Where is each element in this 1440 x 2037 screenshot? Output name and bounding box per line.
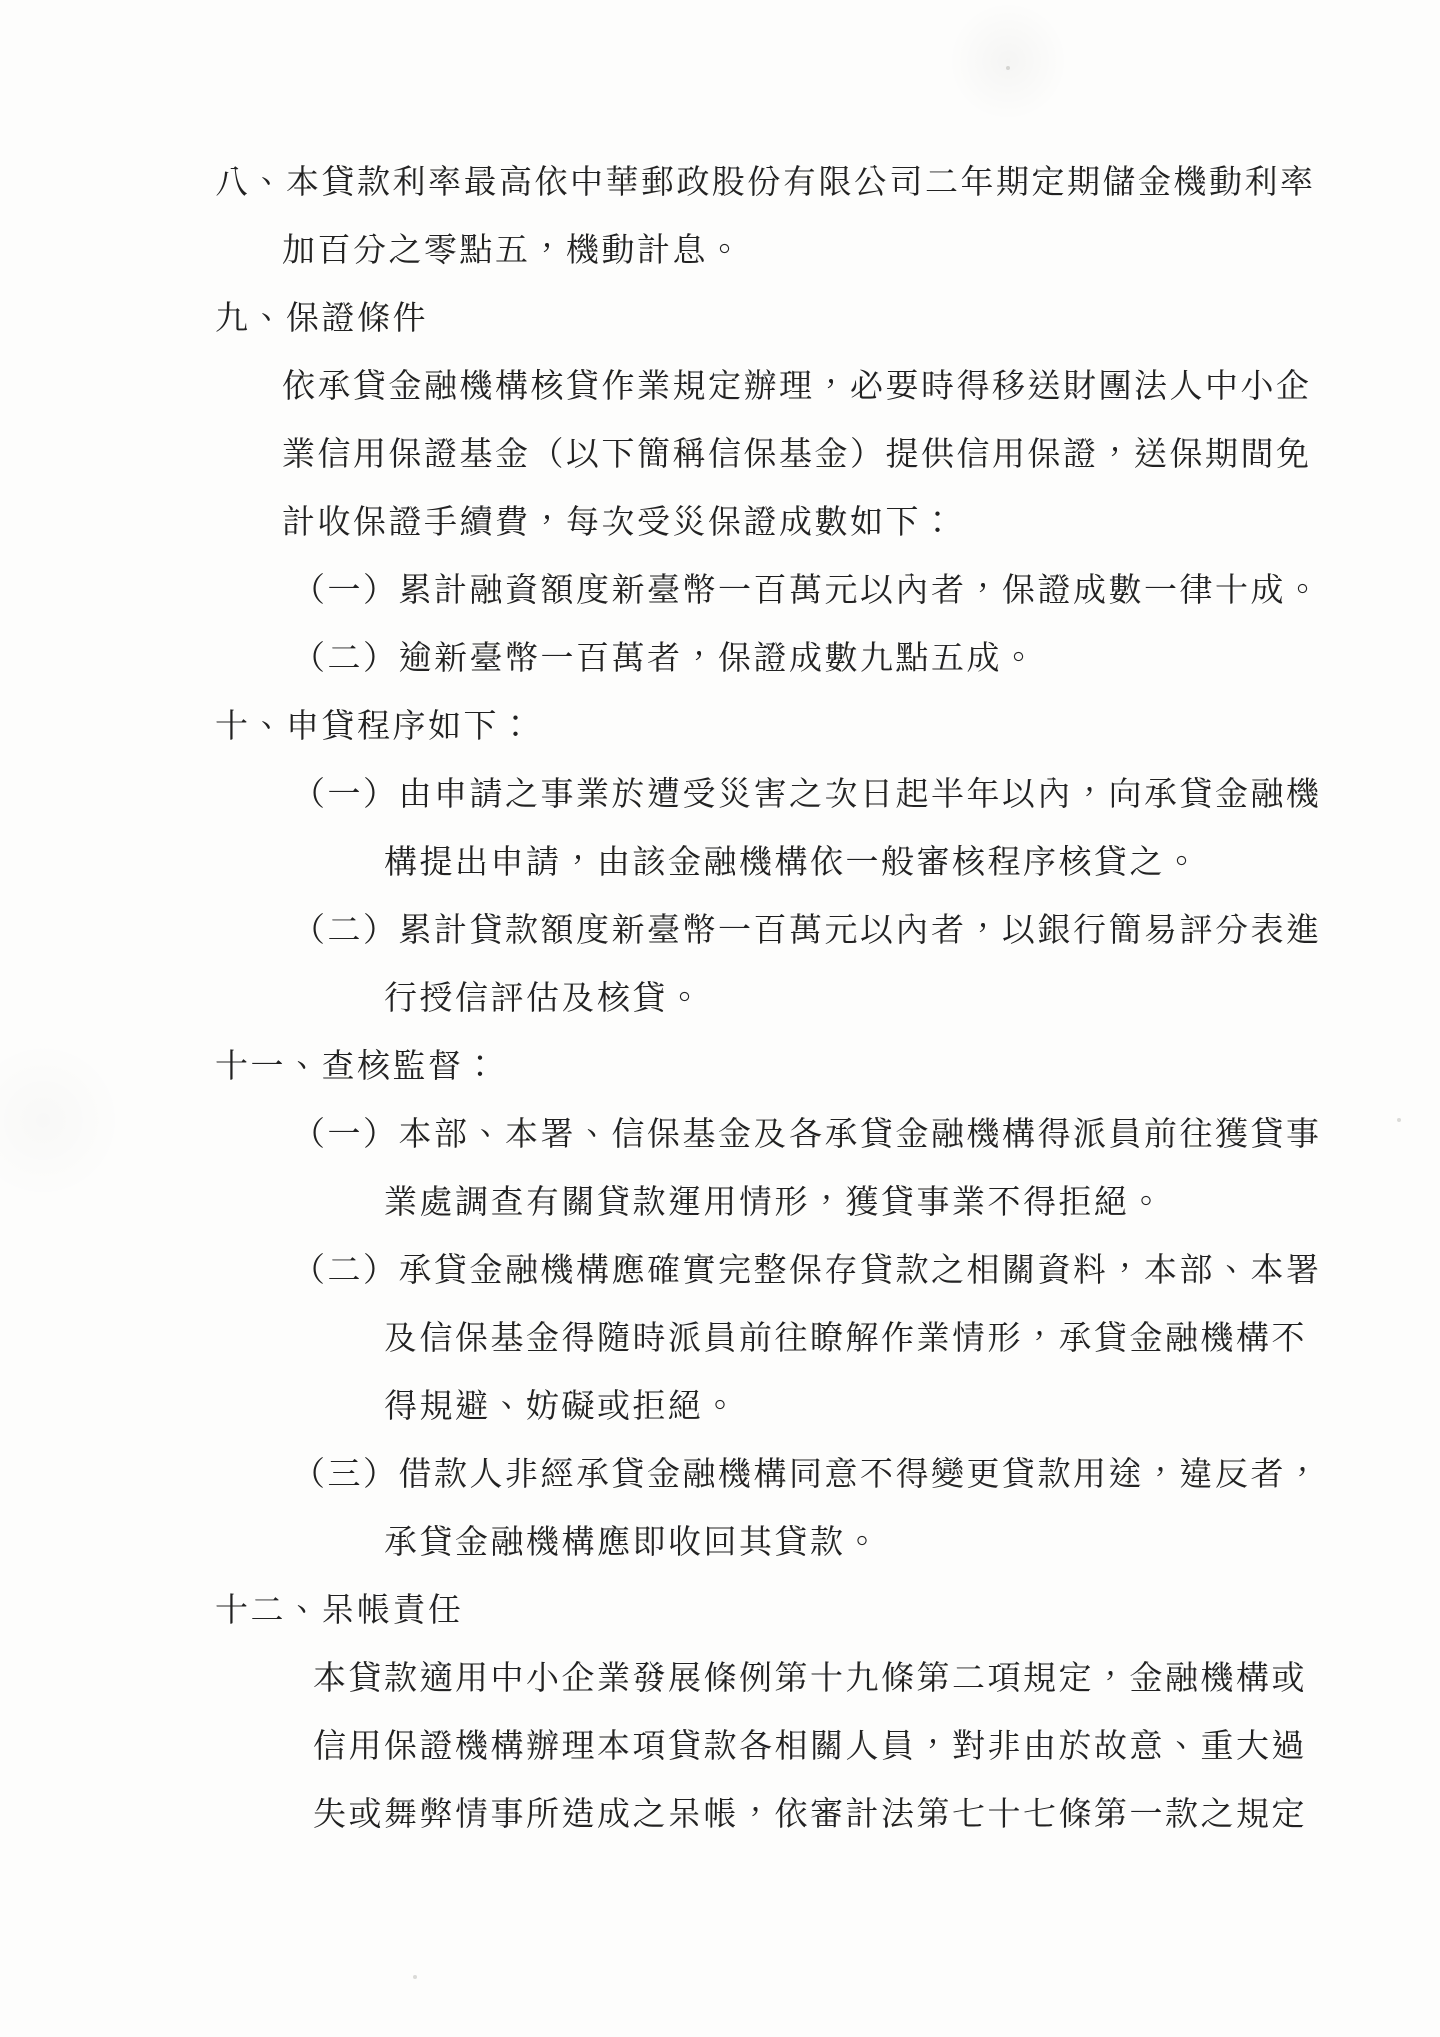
doc-line-item-10: 十、申貸程序如下： <box>0 693 1440 761</box>
doc-line-item-9-sub-1: （一）累計融資額度新臺幣一百萬元以內者，保證成數一律十成。 <box>0 557 1440 625</box>
scan-speck <box>936 1816 940 1820</box>
document-body: 八、本貸款利率最高依中華郵政股份有限公司二年期定期儲金機動利率 加百分之零點五，… <box>0 149 1440 1849</box>
doc-line-item-8-cont: 加百分之零點五，機動計息。 <box>0 217 1440 285</box>
doc-line-item-10-sub-1-cont: 構提出申請，由該金融機構依一般審核程序核貸之。 <box>0 829 1440 897</box>
doc-line-item-9-sub-2: （二）逾新臺幣一百萬者，保證成數九點五成。 <box>0 625 1440 693</box>
doc-line-item-10-sub-2: （二）累計貸款額度新臺幣一百萬元以內者，以銀行簡易評分表進 <box>0 897 1440 965</box>
doc-line-item-9-para-1: 依承貸金融機構核貸作業規定辦理，必要時得移送財團法人中小企 <box>0 353 1440 421</box>
doc-line-item-9-para-3: 計收保證手續費，每次受災保證成數如下： <box>0 489 1440 557</box>
scan-speck <box>1035 394 1039 398</box>
doc-line-item-11: 十一、查核監督： <box>0 1033 1440 1101</box>
doc-line-item-11-sub-3: （三）借款人非經承貸金融機構同意不得變更貸款用途，違反者， <box>0 1441 1440 1509</box>
doc-line-item-11-sub-1-cont: 業處調查有關貸款運用情形，獲貸事業不得拒絕。 <box>0 1169 1440 1237</box>
doc-line-item-11-sub-2-cont-1: 及信保基金得隨時派員前往瞭解作業情形，承貸金融機構不 <box>0 1305 1440 1373</box>
doc-line-item-12-para-3: 失或舞弊情事所造成之呆帳，依審計法第七十七條第一款之規定 <box>0 1781 1440 1849</box>
doc-line-item-11-sub-3-cont: 承貸金融機構應即收回其貸款。 <box>0 1509 1440 1577</box>
document-page: 八、本貸款利率最高依中華郵政股份有限公司二年期定期儲金機動利率 加百分之零點五，… <box>0 0 1440 2037</box>
doc-line-item-9: 九、保證條件 <box>0 285 1440 353</box>
scan-speck <box>413 1975 417 1979</box>
doc-line-item-10-sub-1: （一）由申請之事業於遭受災害之次日起半年以內，向承貸金融機 <box>0 761 1440 829</box>
doc-line-item-11-sub-2: （二）承貸金融機構應確實完整保存貸款之相關資料，本部、本署 <box>0 1237 1440 1305</box>
doc-line-item-8: 八、本貸款利率最高依中華郵政股份有限公司二年期定期儲金機動利率 <box>0 149 1440 217</box>
doc-line-item-11-sub-1: （一）本部、本署、信保基金及各承貸金融機構得派員前往獲貸事 <box>0 1101 1440 1169</box>
doc-line-item-12-para-1: 本貸款適用中小企業發展條例第十九條第二項規定，金融機構或 <box>0 1645 1440 1713</box>
doc-line-item-9-para-2: 業信用保證基金（以下簡稱信保基金）提供信用保證，送保期間免 <box>0 421 1440 489</box>
scan-speck <box>1397 1118 1401 1122</box>
doc-line-item-12: 十二、呆帳責任 <box>0 1577 1440 1645</box>
doc-line-item-11-sub-2-cont-2: 得規避、妨礙或拒絕。 <box>0 1373 1440 1441</box>
scan-speck <box>1006 66 1010 70</box>
doc-line-item-12-para-2: 信用保證機構辦理本項貸款各相關人員，對非由於故意、重大過 <box>0 1713 1440 1781</box>
doc-line-item-10-sub-2-cont: 行授信評估及核貸。 <box>0 965 1440 1033</box>
